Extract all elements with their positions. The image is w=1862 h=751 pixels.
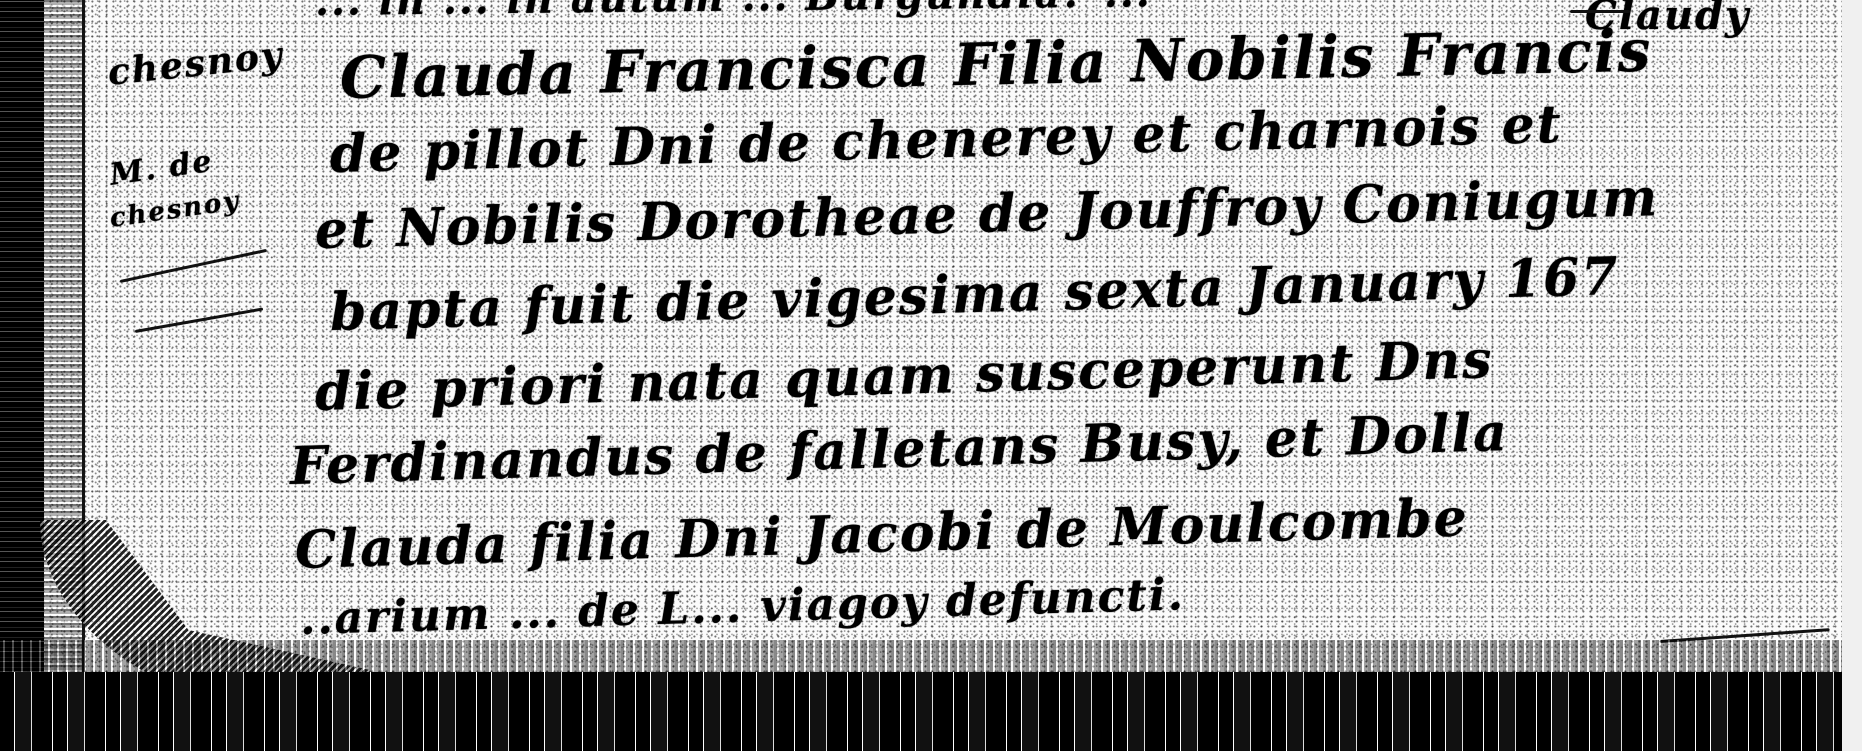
partial-top-line: ... in ... in autum ... Burgundia? ... bbox=[315, 0, 1152, 25]
bottom-dark-band bbox=[0, 672, 1842, 751]
margin-note-3: chesnoy bbox=[108, 186, 242, 234]
bottom-edge-fade bbox=[0, 640, 1842, 674]
binding-line bbox=[82, 0, 85, 751]
margin-flourish bbox=[135, 307, 264, 333]
page-binding bbox=[0, 0, 44, 751]
binding-edge bbox=[44, 0, 84, 751]
entry-line-7: Clauda filia Dni Jacobi de Moulcombe bbox=[294, 487, 1469, 581]
entry-line-8: ..arium ... de L... viagoy defuncti. bbox=[299, 569, 1185, 645]
flourish-stroke bbox=[1570, 10, 1630, 13]
scanned-register-page: ... in ... in autum ... Burgundia? ... C… bbox=[0, 0, 1842, 751]
margin-note-2: M. de bbox=[108, 144, 216, 193]
margin-note-1: chesnoy bbox=[106, 34, 286, 94]
margin-flourish bbox=[120, 249, 267, 283]
entry-line-3: et Nobilis Dorotheae de Jouffroy Coniugu… bbox=[314, 167, 1660, 261]
entry-line-4: bapta fuit die vigesima sexta January 16… bbox=[329, 246, 1620, 343]
right-margin-strip bbox=[1842, 0, 1862, 751]
